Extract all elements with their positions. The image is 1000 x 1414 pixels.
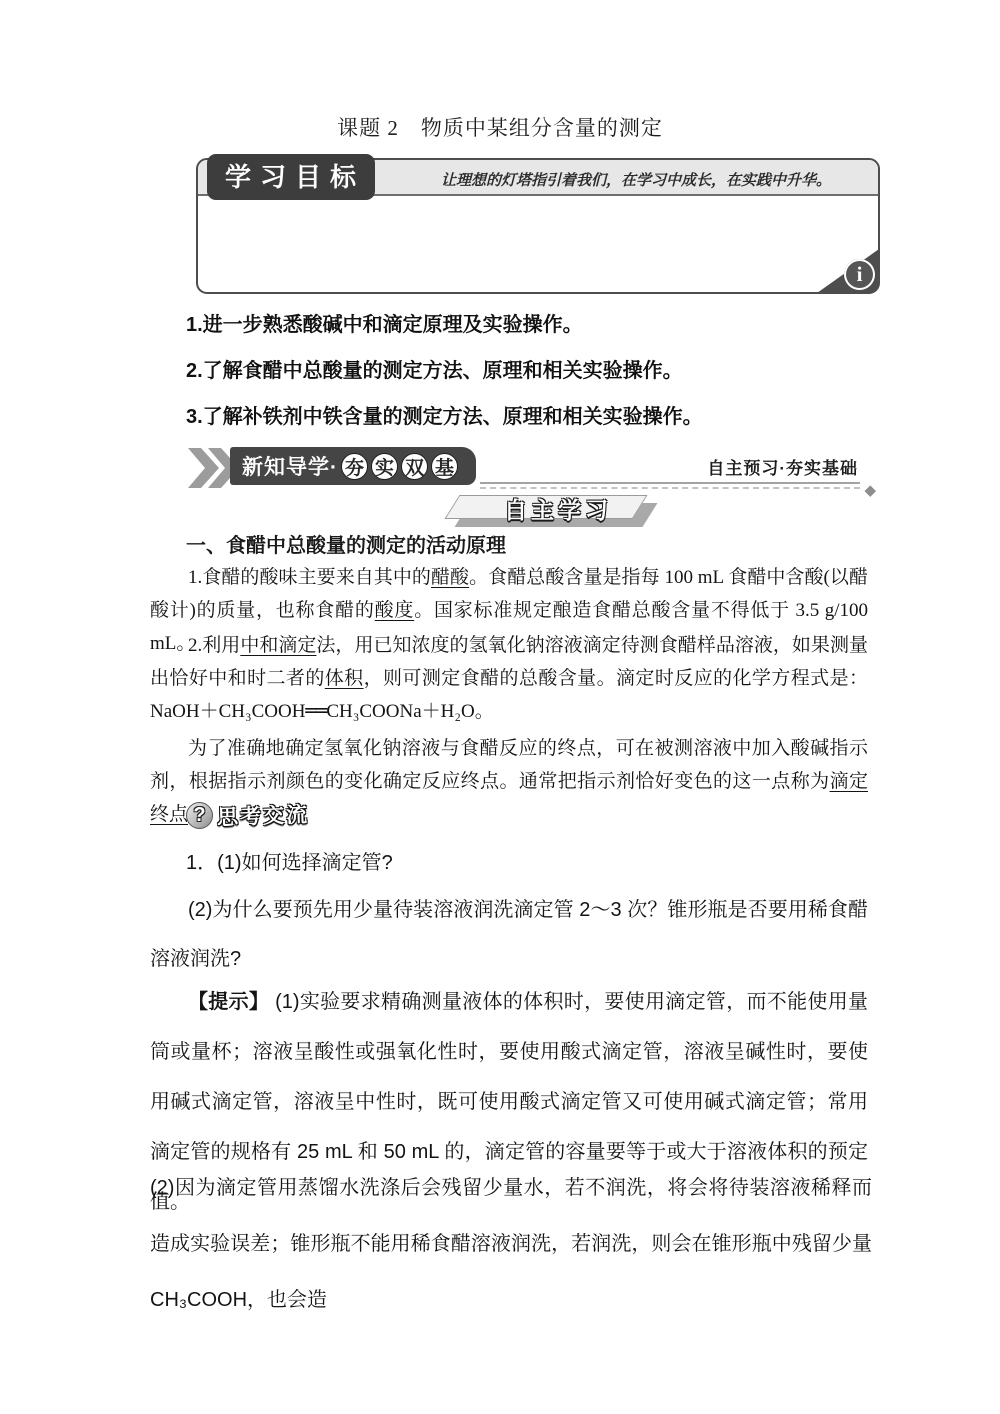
rule-dashed-line <box>480 487 860 489</box>
underlined-term: 体积 <box>325 668 364 689</box>
text-run: 2.利用 <box>188 635 240 656</box>
diamond-icon: ◆ <box>864 481 876 500</box>
nav-circle-char: 基 <box>431 453 458 480</box>
nav-circle-char: 双 <box>401 453 428 480</box>
rule-line <box>480 482 860 484</box>
question-icon: ? <box>186 802 213 829</box>
objective-item: 1.进一步熟悉酸碱中和滴定原理及实验操作。 <box>150 311 870 339</box>
nav-circle-char: 夯 <box>341 453 368 480</box>
objectives-motto: 让理想的灯塔指引着我们，在学习中成长，在实践中升华。 <box>416 169 856 190</box>
section-nav-banner: 新知导学· 夯 实 双 基 自主预习·夯实基础 ◆ <box>188 446 872 492</box>
self-study-banner-label: 自主学习 <box>468 492 648 525</box>
paragraph-titration-method: 2.利用中和滴定法，用已知浓度的氢氧化钠溶液滴定待测食醋样品溶液，如果测量出恰好… <box>150 629 868 728</box>
underlined-term: 酸度 <box>375 600 415 621</box>
nav-circle-char: 实 <box>371 453 398 480</box>
section-heading: 一、食醋中总酸量的测定的活动原理 <box>186 529 506 558</box>
nav-right-label: 自主预习·夯实基础 <box>701 454 858 479</box>
objectives-list: 1.进一步熟悉酸碱中和滴定原理及实验操作。 2.了解食醋中总酸量的测定方法、原理… <box>150 311 870 449</box>
question-2: (2)为什么要预先用少量待装溶液润洗滴定管 2～3 次？锥形瓶是否要用稀食醋溶液… <box>150 886 868 984</box>
objective-item: 3.了解补铁剂中铁含量的测定方法、原理和相关实验操作。 <box>150 403 870 431</box>
textbook-page: 课题 2 物质中某组分含量的测定 学习目标 让理想的灯塔指引着我们，在学习中成长… <box>0 0 1000 1414</box>
page-title: 课题 2 物质中某组分含量的测定 <box>0 112 1000 142</box>
self-study-banner: 自主学习 <box>452 495 652 525</box>
think-exchange-header: ? 思考交流 <box>186 800 309 830</box>
double-bond-symbol: ══ <box>305 700 326 722</box>
objective-item: 2.了解食醋中总酸量的测定方法、原理和相关实验操作。 <box>150 357 870 385</box>
think-exchange-label: 思考交流 <box>217 798 310 831</box>
learning-objectives-box: 学习目标 让理想的灯塔指引着我们，在学习中成长，在实践中升华。 i <box>196 158 880 294</box>
question-1: 1．(1)如何选择滴定管? <box>186 846 393 875</box>
text-run: CH₃COONa＋H₂O。 <box>326 701 493 722</box>
underlined-term: 中和滴定 <box>240 635 316 656</box>
info-icon: i <box>844 259 875 290</box>
text-run: 1.食醋的酸味主要来自其中的 <box>188 567 431 588</box>
text-run: 为了准确地确定氢氧化钠溶液与食醋反应的终点，可在被测溶液中加入酸碱指示剂，根据指… <box>150 738 868 792</box>
nav-banner-bar: 新知导学· 夯 实 双 基 <box>230 447 476 485</box>
nav-banner-title: 新知导学· <box>242 451 338 481</box>
hint-label: 【提示】 <box>188 991 269 1013</box>
underlined-term: 醋酸 <box>431 567 469 588</box>
hint-paragraph-2: (2)因为滴定管用蒸馏水洗涤后会残留少量水，若不润洗，将会将待装溶液稀释而造成实… <box>150 1160 872 1328</box>
objectives-badge: 学习目标 <box>207 154 375 200</box>
